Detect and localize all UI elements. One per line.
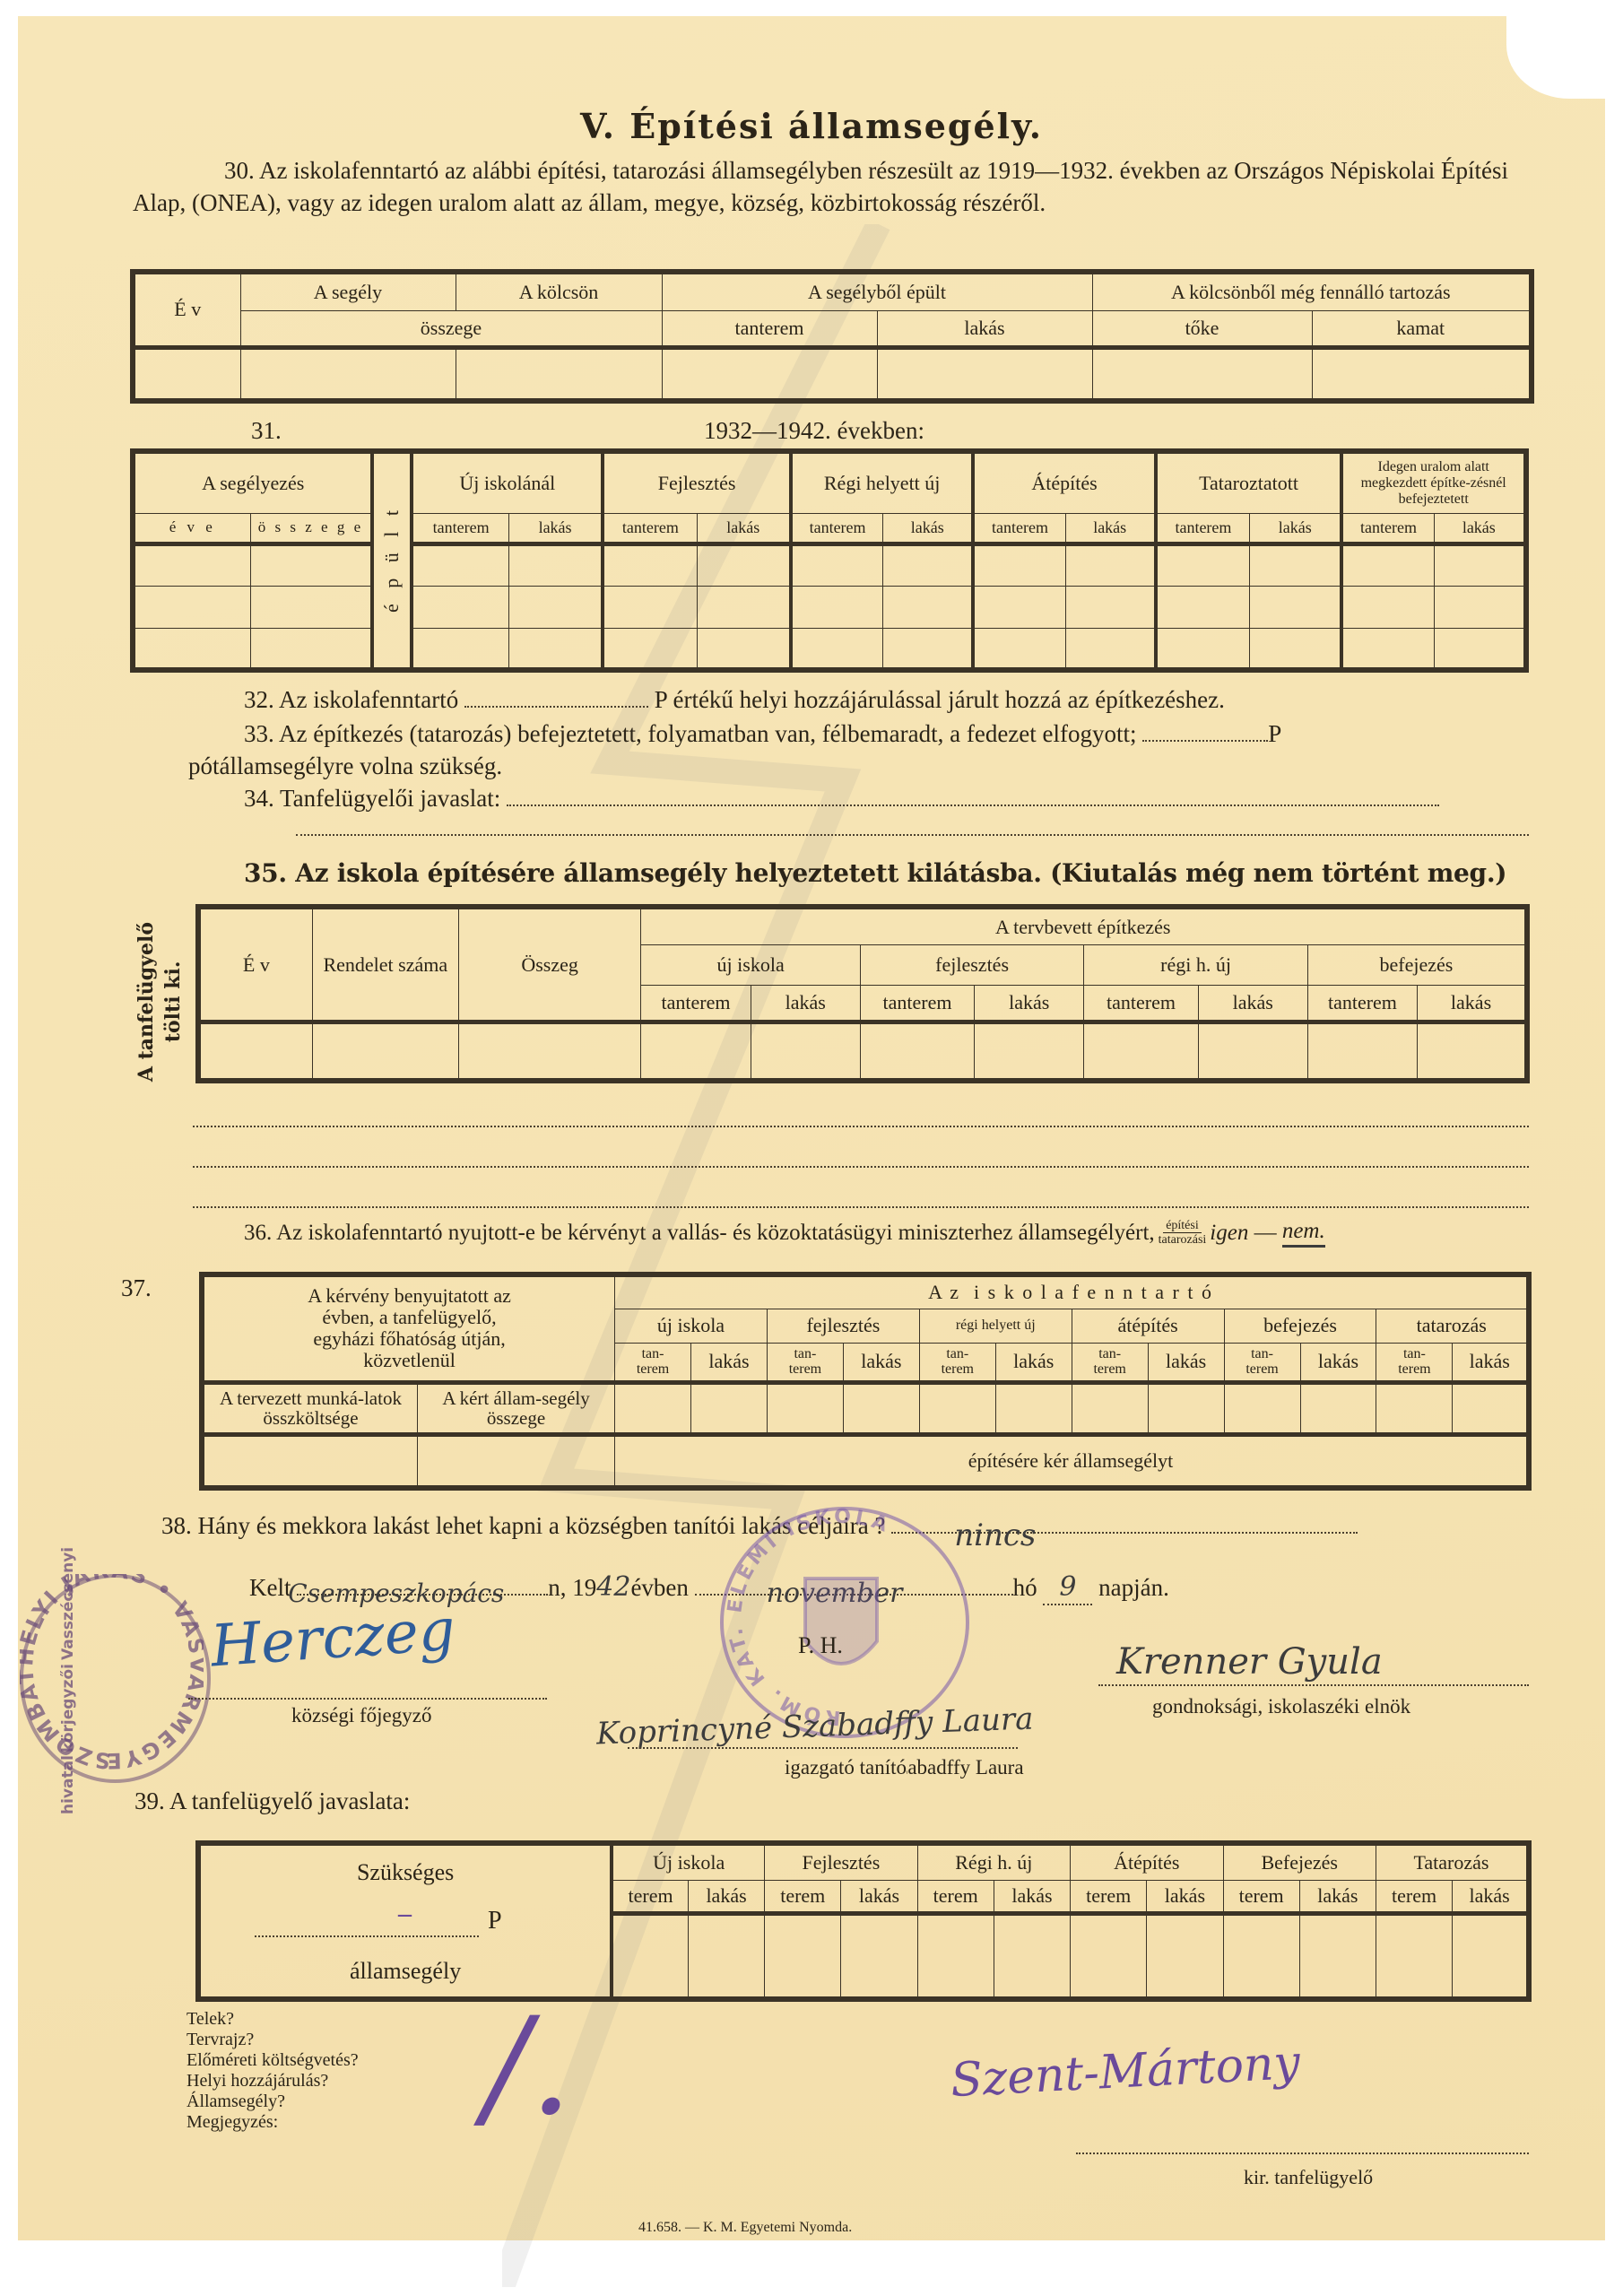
allamsegely-label: államsegély xyxy=(201,1961,610,1982)
cell-input[interactable] xyxy=(1418,1022,1527,1081)
table-row xyxy=(198,1022,1527,1081)
elnok-label: gondnoksági, iskolaszéki elnök xyxy=(1152,1695,1410,1718)
fojegyzo-label: községi főjegyző xyxy=(291,1704,431,1727)
header-lakas: lakás xyxy=(1299,1880,1376,1913)
header-terem: terem xyxy=(612,1880,688,1913)
cell-input-tervezett[interactable] xyxy=(202,1434,418,1488)
q33-line: 33. Az építkezés (tatarozás) befejeztete… xyxy=(244,717,1544,750)
section-title: V. Építési államsegély. xyxy=(0,106,1623,146)
q33-suffix: P xyxy=(1268,720,1281,747)
cell-input[interactable] xyxy=(1341,586,1434,628)
cell-input[interactable] xyxy=(1156,544,1250,587)
cell-input[interactable] xyxy=(919,1382,995,1434)
blank-line[interactable] xyxy=(193,1206,1529,1208)
cell-input[interactable] xyxy=(1250,586,1342,628)
answer-nem-selected[interactable]: nem. xyxy=(1282,1218,1325,1248)
header-kamat: kamat xyxy=(1312,310,1532,347)
header-tanterem: tanterem xyxy=(1084,986,1198,1022)
cell-input[interactable] xyxy=(1434,586,1526,628)
igazgato-signature-line[interactable] xyxy=(628,1747,1018,1749)
cell-input[interactable] xyxy=(995,1382,1072,1434)
answer-igen[interactable]: igen xyxy=(1210,1220,1248,1247)
header-tervbevett: A tervbevett építkezés xyxy=(641,907,1527,945)
cell-input[interactable] xyxy=(412,628,508,670)
q32-prefix: 32. Az iskolafenntartó xyxy=(244,686,458,713)
group-header: Fejlesztés xyxy=(765,1843,917,1880)
cell-input[interactable] xyxy=(250,628,372,670)
header-toke: tőke xyxy=(1092,310,1312,347)
header-tanterem: tanterem xyxy=(1307,986,1417,1022)
cell-input[interactable] xyxy=(1071,1914,1147,1999)
cell-input[interactable] xyxy=(917,1914,994,1999)
cell-input[interactable] xyxy=(1065,628,1156,670)
cell-input[interactable] xyxy=(133,544,250,587)
cell-input[interactable] xyxy=(412,586,508,628)
header-osszege: összege xyxy=(240,310,662,347)
cell-input[interactable] xyxy=(312,1022,458,1081)
q35-table: É v Rendelet száma Összeg A tervbevett é… xyxy=(195,904,1530,1083)
header-lakas: lakás xyxy=(1418,986,1527,1022)
header-lakas: lakás xyxy=(691,1343,768,1382)
group-header: Régi h. új xyxy=(917,1843,1070,1880)
cell-input[interactable] xyxy=(612,1914,688,1999)
group-header: új iskola xyxy=(615,1309,768,1343)
cell-input[interactable] xyxy=(456,347,662,401)
cell-input[interactable] xyxy=(603,586,697,628)
cell-input[interactable] xyxy=(133,628,250,670)
cell-input[interactable] xyxy=(133,347,240,401)
group-header: Befejezés xyxy=(1223,1843,1376,1880)
q30-text: 30. Az iskolafenntartó az alábbi építési… xyxy=(133,154,1532,219)
header-fenntarto: A z i s k o l a f e n n t a r t ó xyxy=(615,1274,1529,1309)
header-tanterem: tanterem xyxy=(791,513,883,544)
table-row xyxy=(133,586,1526,628)
header-segelybol-epult: A segélyből épült xyxy=(662,272,1092,310)
header-ev: É v xyxy=(133,272,240,347)
cell-input-kert[interactable] xyxy=(418,1434,615,1488)
group-header: Tataroztatott xyxy=(1156,451,1342,513)
header-lakas: lakás xyxy=(1453,1343,1529,1382)
cell-input[interactable] xyxy=(973,586,1065,628)
fraction-top: építési xyxy=(1163,1219,1202,1233)
cell-input[interactable] xyxy=(697,628,791,670)
cell-input[interactable] xyxy=(1453,1914,1529,1999)
q31-table: A segélyezés é p ü l t Új iskolánál Fejl… xyxy=(130,448,1529,673)
cell-input[interactable] xyxy=(615,1382,691,1434)
cell-input[interactable] xyxy=(843,1382,919,1434)
cell-input[interactable] xyxy=(603,544,697,587)
initial-mark: /. xyxy=(484,2000,572,2135)
kerveny-line: egyházi főhatóság útján, xyxy=(204,1328,614,1350)
header-lakas: lakás xyxy=(883,513,974,544)
header-terem: terem xyxy=(765,1880,841,1913)
stamp-center: RÓM. KAT. ELEMI ISKOLA xyxy=(720,1507,969,1738)
cell-input[interactable] xyxy=(250,544,372,587)
cell-input[interactable] xyxy=(603,628,697,670)
group-header: Tatarozás xyxy=(1376,1843,1529,1880)
group-header: Régi helyett új xyxy=(791,451,973,513)
q31-number: 31. xyxy=(251,414,282,447)
header-lakas: lakás xyxy=(697,513,791,544)
cell-input[interactable] xyxy=(1072,1382,1148,1434)
fraction-bottom: tatarozási xyxy=(1159,1233,1207,1247)
cell-input[interactable] xyxy=(877,347,1092,401)
q36-fraction: építési tatarozási xyxy=(1159,1219,1207,1247)
header-lakas: lakás xyxy=(843,1343,919,1382)
header-tanterem: tan-terem xyxy=(919,1343,995,1382)
cell-input[interactable] xyxy=(1148,1382,1224,1434)
cell-input[interactable] xyxy=(973,628,1065,670)
header-eve: é v e xyxy=(133,513,250,544)
footer-epitesere: építésére kér államsegélyt xyxy=(615,1434,1529,1488)
cell-input[interactable] xyxy=(697,544,791,587)
ph-label: P. H. xyxy=(798,1632,843,1659)
year-prefix: 19 xyxy=(572,1574,596,1601)
cell-input[interactable] xyxy=(133,586,250,628)
szukseges-cell: Szükséges – P államsegély xyxy=(198,1843,612,1999)
q35-side-label: A tanfelügyelő tölti ki. xyxy=(124,915,195,1090)
elnok-signature-line[interactable] xyxy=(1098,1684,1529,1686)
header-tanterem: tan-terem xyxy=(1224,1343,1300,1382)
header-tanterem: tanterem xyxy=(1156,513,1250,544)
checklist: Telek? Tervrajz? Előméreti költségvetés?… xyxy=(187,2009,359,2133)
cell-input[interactable] xyxy=(1299,1914,1376,1999)
header-tanterem: tanterem xyxy=(662,310,877,347)
group-header: Új iskola xyxy=(612,1843,764,1880)
table-row xyxy=(133,347,1532,401)
cell-input[interactable] xyxy=(508,544,603,587)
checklist-item: Megjegyzés: xyxy=(187,2112,359,2133)
stamp-left-center: hivatal körjegyzői Vasszécsenyi xyxy=(59,1631,171,1730)
month-suffix: hó xyxy=(1013,1574,1037,1601)
header-osszeg: Összeg xyxy=(458,907,641,1022)
q38-answer: nincs xyxy=(954,1519,1036,1552)
header-segelyezes: A segélyezés xyxy=(133,451,372,513)
header-lakas: lakás xyxy=(995,1343,1072,1382)
cell-input[interactable] xyxy=(975,1022,1084,1081)
cell-input[interactable] xyxy=(1453,1382,1529,1434)
cell-input[interactable] xyxy=(1376,1382,1453,1434)
header-tanterem: tanterem xyxy=(1341,513,1434,544)
header-tanterem: tanterem xyxy=(860,986,974,1022)
header-tanterem: tan-terem xyxy=(1376,1343,1453,1382)
blank-line[interactable] xyxy=(193,1166,1529,1168)
cell-input[interactable] xyxy=(1147,1914,1223,1999)
cell-input[interactable] xyxy=(883,586,974,628)
q31-period: 1932—1942. években: xyxy=(704,414,924,447)
group-header: befejezés xyxy=(1307,945,1527,986)
q32-suffix: P értékű helyi hozzájárulással járult ho… xyxy=(655,686,1225,713)
cell-input[interactable] xyxy=(1341,628,1434,670)
q37-table: A kérvény benyujtatott az évben, a tanfe… xyxy=(199,1272,1532,1491)
checklist-item: Előméreti költségvetés? xyxy=(187,2050,359,2071)
header-lakas: lakás xyxy=(1434,513,1526,544)
cell-input[interactable] xyxy=(1434,544,1526,587)
q39-table: Szükséges – P államsegély Új iskola Fejl… xyxy=(195,1840,1532,2002)
q37-number: 37. xyxy=(121,1272,152,1304)
cell-input[interactable] xyxy=(1341,544,1434,587)
cell-input[interactable] xyxy=(791,628,883,670)
group-header: Fejlesztés xyxy=(603,451,791,513)
cell-input[interactable] xyxy=(250,586,372,628)
cell-input[interactable] xyxy=(751,1022,860,1081)
header-epult: é p ü l t xyxy=(381,505,403,613)
cell-input[interactable] xyxy=(1156,586,1250,628)
header-lakas: lakás xyxy=(688,1880,764,1913)
cell-input[interactable] xyxy=(791,586,883,628)
header-terem: terem xyxy=(917,1880,994,1913)
kerveny-line: A kérvény benyujtatott az xyxy=(204,1285,614,1307)
header-terem: terem xyxy=(1223,1880,1299,1913)
q30-table: É v A segély A kölcsön A segélyből épült… xyxy=(130,269,1534,404)
cell-input[interactable] xyxy=(240,347,456,401)
header-tanterem: tanterem xyxy=(973,513,1065,544)
group-header: Új iskolánál xyxy=(412,451,603,513)
kerveny-line: közvetlenül xyxy=(204,1350,614,1371)
q39-label: 39. A tanfelügyelő javaslata: xyxy=(135,1785,410,1817)
cell-input[interactable] xyxy=(973,544,1065,587)
kelt-line: Kelt Csempeszkopács n, 1942évben novembe… xyxy=(249,1571,1169,1605)
checklist-item: Tervrajz? xyxy=(187,2030,359,2050)
cell-input[interactable] xyxy=(458,1022,641,1081)
header-lakas: lakás xyxy=(1250,513,1342,544)
q34-continuation-line[interactable] xyxy=(296,834,1529,836)
cell-input[interactable] xyxy=(1092,347,1312,401)
cell-input[interactable] xyxy=(1312,347,1532,401)
cell-input[interactable] xyxy=(1250,628,1342,670)
header-lakas: lakás xyxy=(1198,986,1307,1022)
stamp-left: SZOMBATHELYI JÁRÁS • VASVÁRMEGYE • hivat… xyxy=(20,1574,211,1783)
header-tanterem: tanterem xyxy=(412,513,508,544)
header-tanterem: tanterem xyxy=(603,513,697,544)
q32-value-field[interactable] xyxy=(464,706,648,708)
dash: — xyxy=(1254,1220,1277,1247)
group-header: fejlesztés xyxy=(767,1309,919,1343)
day-suffix: napján. xyxy=(1098,1574,1169,1601)
cell-input[interactable] xyxy=(641,1022,751,1081)
header-terem: terem xyxy=(1071,1880,1147,1913)
group-header: tatarozás xyxy=(1376,1309,1529,1343)
cell-input[interactable] xyxy=(1065,586,1156,628)
cell-input[interactable] xyxy=(1224,1382,1300,1434)
group-header: új iskola xyxy=(641,945,860,986)
cell-input[interactable] xyxy=(688,1914,764,1999)
q35-text: 35. Az iskola építésére államsegély hely… xyxy=(244,857,1506,890)
year-suffix: évben xyxy=(630,1574,688,1601)
cell-input[interactable] xyxy=(1300,1382,1376,1434)
header-segely: A segély xyxy=(240,272,456,310)
kelt-label: Kelt xyxy=(249,1574,291,1601)
blank-line[interactable] xyxy=(193,1126,1529,1127)
szukseges-label: Szükséges xyxy=(201,1862,610,1883)
header-osszege: ö s s z e g e xyxy=(250,513,372,544)
q32-line: 32. Az iskolafenntartó P értékű helyi ho… xyxy=(244,683,1535,716)
side-label-line1: A tanfelügyelő xyxy=(133,922,160,1082)
cell-input[interactable] xyxy=(508,628,603,670)
q33-line2: pótállamsegélyre volna szükség. xyxy=(188,750,502,782)
kelt-place-field[interactable]: Csempeszkopács xyxy=(297,1594,548,1596)
group-header: befejezés xyxy=(1224,1309,1376,1343)
header-rendelet: Rendelet száma xyxy=(312,907,458,1022)
header-tanterem: tan-terem xyxy=(767,1343,843,1382)
header-tanterem: tan-terem xyxy=(1072,1343,1148,1382)
header-lakas: lakás xyxy=(975,986,1084,1022)
amount-field[interactable]: – xyxy=(255,1909,479,1937)
cell-input[interactable] xyxy=(508,586,603,628)
printer-imprint: 41.658. — K. M. Egyetemi Nyomda. xyxy=(638,2220,852,2236)
kelt-place-suffix: n, xyxy=(548,1574,566,1601)
cell-input[interactable] xyxy=(198,1022,312,1081)
elnok-signature: Krenner Gyula xyxy=(1116,1641,1383,1683)
q34-value-field[interactable] xyxy=(507,804,1439,806)
cell-input[interactable] xyxy=(860,1022,974,1081)
header-lakas: lakás xyxy=(1453,1880,1529,1913)
cell-input[interactable] xyxy=(883,544,974,587)
group-header: fejlesztés xyxy=(860,945,1084,986)
header-lakas: lakás xyxy=(1065,513,1156,544)
header-lakas: lakás xyxy=(751,986,860,1022)
cell-input[interactable] xyxy=(1084,1022,1198,1081)
group-header: régi h. új xyxy=(1084,945,1308,986)
group-header: Idegen uralom alatt megkezdett építke-zé… xyxy=(1341,451,1526,513)
table-row xyxy=(133,628,1526,670)
header-lakas: lakás xyxy=(508,513,603,544)
q33-value-field[interactable] xyxy=(1142,740,1268,742)
header-tanterem: tan-terem xyxy=(615,1343,691,1382)
q33-text: 33. Az építkezés (tatarozás) befejeztete… xyxy=(244,720,1137,747)
header-kerveny: A kérvény benyujtatott az évben, a tanfe… xyxy=(202,1274,615,1382)
q34-line: 34. Tanfelügyelői javaslat: xyxy=(244,782,1535,814)
header-ev: É v xyxy=(198,907,312,1022)
amount-value: – xyxy=(398,1903,412,1925)
group-header: Átépítés xyxy=(1071,1843,1223,1880)
cell-input[interactable] xyxy=(697,586,791,628)
header-kert: A kért állam-segély összege xyxy=(418,1382,615,1434)
day: 9 xyxy=(1059,1571,1076,1603)
checklist-item: Helyi hozzájárulás? xyxy=(187,2071,359,2092)
header-kolcsonbol: A kölcsönből még fennálló tartozás xyxy=(1092,272,1532,310)
header-lakas: lakás xyxy=(877,310,1092,347)
cell-input[interactable] xyxy=(691,1382,768,1434)
cell-input[interactable] xyxy=(767,1382,843,1434)
header-tervezett: A tervezett munká-latok összköltsége xyxy=(202,1382,418,1434)
tanfelugyelo-label: kir. tanfelügyelő xyxy=(1244,2166,1373,2189)
q34-label: 34. Tanfelügyelői javaslat: xyxy=(244,785,500,812)
cell-input[interactable] xyxy=(1156,628,1250,670)
table-row: A tervezett munká-latok összköltsége A k… xyxy=(202,1382,1529,1434)
cell-input[interactable] xyxy=(994,1914,1070,1999)
table-row xyxy=(133,544,1526,587)
currency: P xyxy=(488,1910,502,1932)
cell-input[interactable] xyxy=(412,544,508,587)
cell-input[interactable] xyxy=(1223,1914,1299,1999)
header-lakas: lakás xyxy=(994,1880,1070,1913)
cell-input[interactable] xyxy=(883,628,974,670)
cell-input[interactable] xyxy=(765,1914,841,1999)
cell-input[interactable] xyxy=(1065,544,1156,587)
header-lakas: lakás xyxy=(1148,1343,1224,1382)
header-tanterem: tanterem xyxy=(641,986,751,1022)
day-field[interactable]: 9 xyxy=(1043,1571,1092,1605)
cell-input[interactable] xyxy=(1434,628,1526,670)
cell-input[interactable] xyxy=(1198,1022,1307,1081)
header-lakas: lakás xyxy=(1300,1343,1376,1382)
cell-input[interactable] xyxy=(1376,1914,1452,1999)
q36-line: 36. Az iskolafenntartó nyujtott-e be kér… xyxy=(244,1218,1325,1248)
cell-input[interactable] xyxy=(791,544,883,587)
group-header: átépítés xyxy=(1072,1309,1224,1343)
checklist-item: Telek? xyxy=(187,2009,359,2030)
side-label-line2: tölti ki. xyxy=(160,922,187,1082)
header-terem: terem xyxy=(1376,1880,1452,1913)
cell-input[interactable] xyxy=(662,347,877,401)
igazgato-label: igazgató tanító xyxy=(785,1756,907,1779)
checklist-item: Államsegély? xyxy=(187,2092,359,2112)
group-header: Átépítés xyxy=(973,451,1155,513)
year-handwritten[interactable]: 42 xyxy=(596,1571,630,1603)
kerveny-line: évben, a tanfelügyelő, xyxy=(204,1307,614,1328)
tanfelugyelo-signature-line[interactable] xyxy=(1076,2152,1529,2154)
cell-input[interactable] xyxy=(1250,544,1342,587)
header-lakas: lakás xyxy=(841,1880,917,1913)
cell-input[interactable] xyxy=(1307,1022,1417,1081)
q36-text: 36. Az iskolafenntartó nyujtott-e be kér… xyxy=(244,1220,1155,1247)
cell-input[interactable] xyxy=(841,1914,917,1999)
group-header: régi helyett új xyxy=(919,1309,1072,1343)
header-lakas: lakás xyxy=(1147,1880,1223,1913)
fojegyzo-signature-line[interactable] xyxy=(188,1698,547,1700)
header-kolcson: A kölcsön xyxy=(456,272,662,310)
